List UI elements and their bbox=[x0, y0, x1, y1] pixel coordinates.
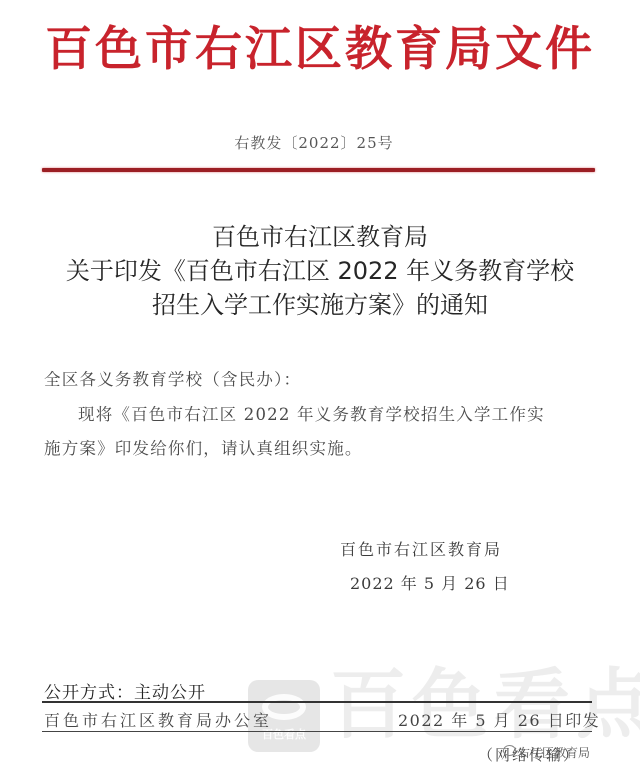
red-divider-rule bbox=[42, 168, 595, 172]
notice-heading-line-3: 招生入学工作实施方案》的通知 bbox=[0, 290, 640, 320]
document-red-header: 百色市右江区教育局文件 bbox=[0, 22, 640, 78]
salutation: 全区各义务教育学校（含民办）： bbox=[44, 366, 301, 390]
footer-rule-top bbox=[42, 701, 592, 703]
notice-heading-line-1: 百色市右江区教育局 bbox=[0, 222, 640, 252]
wechat-icon bbox=[503, 745, 516, 756]
footer-rule-bottom bbox=[42, 731, 592, 732]
body-line-1: 现将《百色市右江区 2022 年义务教育学校招生入学工作实 bbox=[78, 401, 545, 425]
body-line-2: 施方案》印发给你们，请认真组织实施。 bbox=[44, 435, 363, 459]
disclosure-method: 公开方式：主动公开 bbox=[44, 678, 206, 703]
source-account: 右江区教育局 bbox=[518, 744, 590, 761]
issuing-office: 百色市右江区教育局办公室 bbox=[44, 708, 272, 731]
notice-heading-line-2: 关于印发《百色市右江区 2022 年义务教育学校 bbox=[0, 256, 640, 286]
document-number: 右教发〔2022〕25号 bbox=[0, 132, 628, 153]
print-date: 2022 年 5 月 26 日印发 bbox=[398, 708, 600, 731]
watermark-brand-large: 百色看点 bbox=[330, 660, 640, 750]
signature-issuer: 百色市右江区教育局 bbox=[340, 537, 502, 560]
signature-date: 2022 年 5 月 26 日 bbox=[350, 571, 510, 594]
